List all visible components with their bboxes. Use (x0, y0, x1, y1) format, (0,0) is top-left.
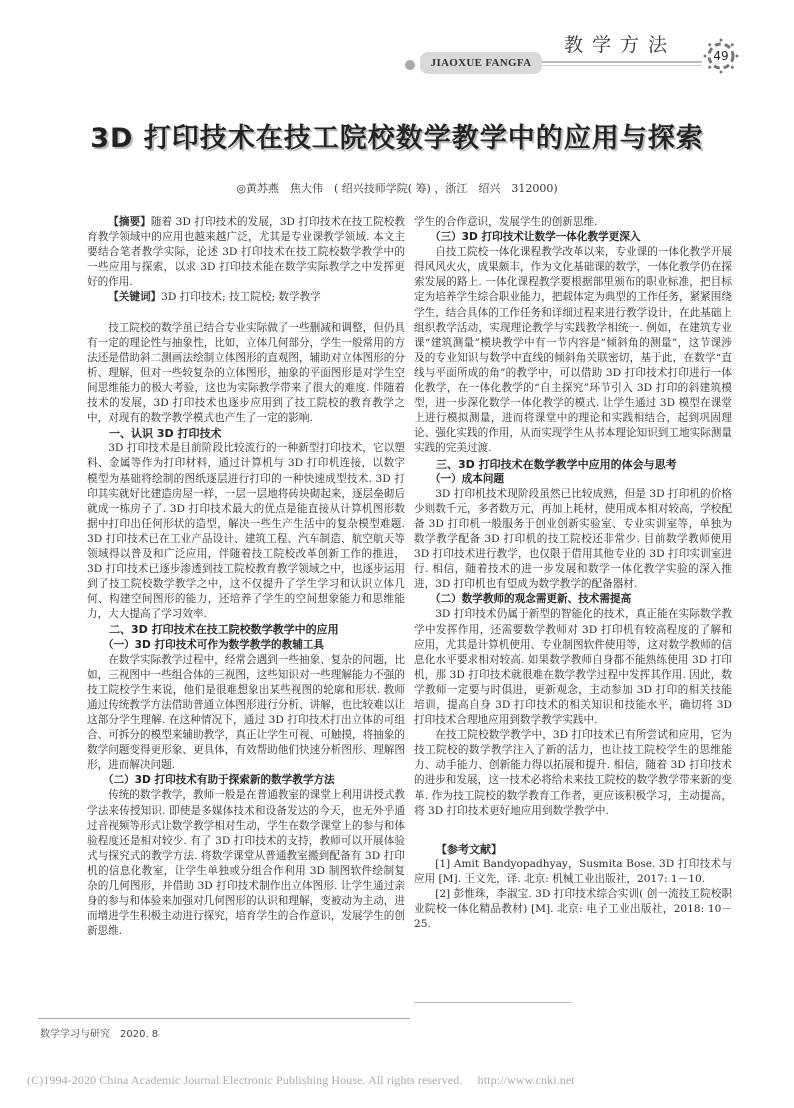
article-title: 3D 打印技术在技工院校数学教学中的应用与探索 (0, 116, 794, 155)
page-number: 49 (702, 37, 740, 75)
abstract: 【摘要】随着 3D 打印技术的发展，3D 打印技术在技工院校教育教学领域中的应用… (87, 215, 405, 290)
reference-item: [2] 彭惟珠，李淑宝. 3D 打印技术综合实训( 创一流技工院校职业院校一体化… (414, 887, 732, 932)
section-3-heading: 三、3D 打印技术在数学教学中应用的体会与思考 (414, 457, 732, 472)
footer-divider (38, 1018, 410, 1019)
section-2-3-paragraph: 自技工院校一体化课程教学改革以来，专业课的一体化教学开展得风风火火，成果颇丰，作… (414, 245, 732, 456)
article-authors: ◎黄苏燕 焦大伟 ( 绍兴技师学院( 筹) ，浙江 绍兴 312000) (0, 180, 794, 196)
abstract-label: 【摘要】 (108, 216, 151, 228)
section-2-1-heading: （一）3D 打印技术可作为数学教学的教辅工具 (87, 638, 405, 653)
section-2-2-paragraph: 传统的数学教学，教师一般是在普通教室的课堂上利用讲授式教学法来传授知识. 即使是… (87, 788, 405, 954)
section-2-2-heading: （二）3D 打印技术有助于探索新的数学教学方法 (87, 773, 405, 788)
section-1-heading: 一、认识 3D 打印技术 (87, 426, 405, 441)
section-3-1-paragraph: 3D 打印机技术现阶段虽然已比较成熟，但是 3D 打印机的价格少则数千元，多者数… (414, 487, 732, 593)
keywords-label: 【关键词】 (108, 291, 161, 303)
section-2-heading: 二、3D 打印技术在技工院校数学教学中的应用 (87, 622, 405, 637)
section-1-paragraph: 3D 打印技术是目前阶段比较流行的一种新型打印技术，它以塑料、金属等作为打印材料… (87, 441, 405, 622)
section-2-2-continuation: 学生的合作意识，发展学生的创新思维. (414, 215, 732, 230)
section-title: 教学方法 (564, 30, 676, 57)
page-number-badge: 49 (702, 37, 740, 75)
keywords-text: 3D 打印技术; 技工院校; 数学教学 (161, 291, 321, 303)
section-3-2-paragraph: 3D 打印技术仍属于新型的智能化的技术，真正能在实际数学教学中发挥作用，还需要数… (414, 607, 732, 728)
keywords: 【关键词】3D 打印技术; 技工院校; 数学教学 (87, 290, 405, 305)
section-2-1-paragraph: 在数学实际教学过程中，经常会遇到一些抽象、复杂的问题，比如，三视图中一些组合体的… (87, 653, 405, 774)
reference-item: [1] Amit Bandyopadhyay，Susmita Bose. 3D … (414, 857, 732, 887)
journal-issue: 数学学习与研究 2020. 8 (40, 1025, 158, 1040)
right-column: 学生的合作意识，发展学生的创新思维. （三）3D 打印技术让数学一体化教学更深入… (414, 215, 732, 932)
header-divider (542, 61, 702, 63)
references-end-divider (414, 1002, 572, 1003)
copyright-notice: (C)1994-2020 China Academic Journal Elec… (27, 1071, 575, 1088)
section-3-1-heading: （一）成本问题 (414, 472, 732, 487)
decorative-dot-icon (405, 60, 415, 70)
section-3-2-heading: （二）数学教师的观念需更新、技术需提高 (414, 592, 732, 607)
header-divider-thin (542, 65, 702, 66)
section-pinyin-label: JIAOXUE FANGFA (420, 52, 542, 74)
left-column: 【摘要】随着 3D 打印技术的发展，3D 打印技术在技工院校教育教学领域中的应用… (87, 215, 405, 954)
references-heading: 【参考文献】 (414, 842, 732, 857)
intro-paragraph: 技工院校的数学虽已结合专业实际做了一些删减和调整，但仍具有一定的理论性与抽象性，… (87, 321, 405, 427)
section-2-3-heading: （三）3D 打印技术让数学一体化教学更深入 (414, 230, 732, 245)
conclusion-paragraph: 在技工院校数学教学中，3D 打印技术已有所尝试和应用，它为技工院校的数学教学注入… (414, 728, 732, 819)
